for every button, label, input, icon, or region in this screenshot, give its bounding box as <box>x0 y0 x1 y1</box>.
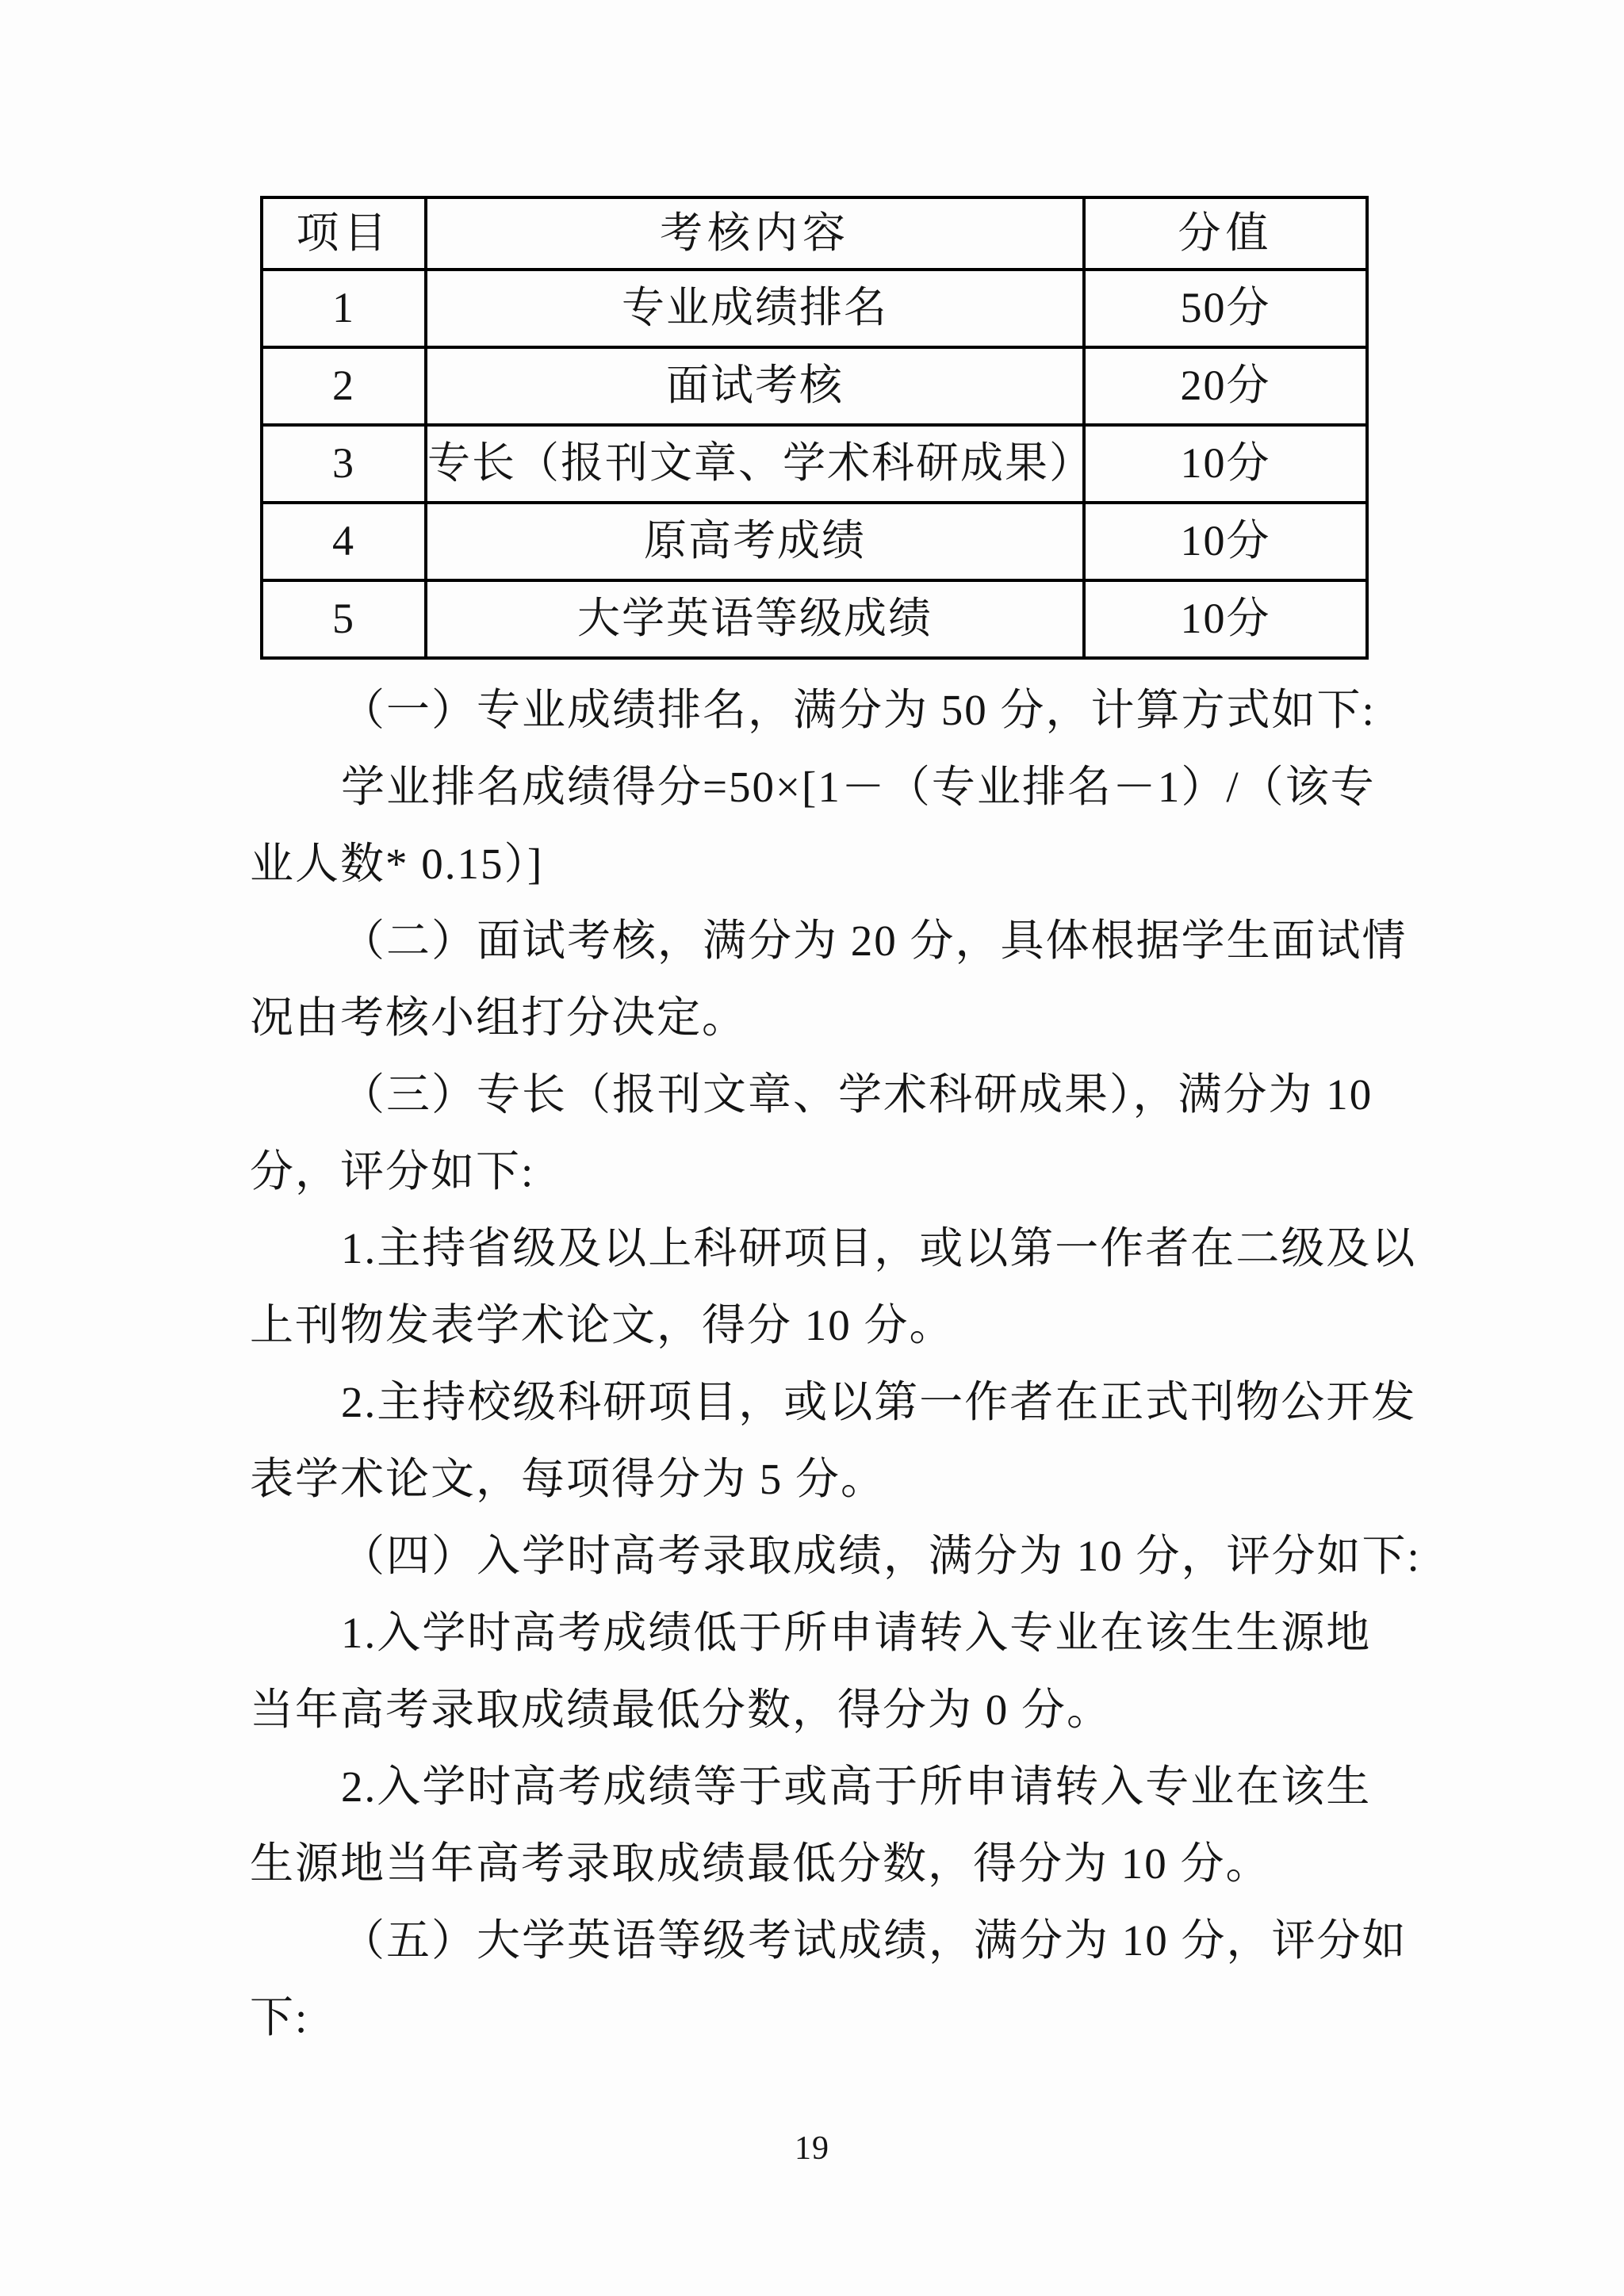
text-line: 2.主持校级科研项目，或以第一作者在正式刊物公开发 <box>250 1364 1387 1441</box>
body-text: （一）专业成绩排名，满分为 50 分，计算方式如下:学业排名成绩得分=50×[1… <box>250 672 1387 2056</box>
score-table-header: 项目考核内容分值 <box>262 197 1367 270</box>
document-page: 项目考核内容分值 1专业成绩排名50分2面试考核20分3专长（报刊文章、学术科研… <box>0 0 1624 2296</box>
score-table-header-cell: 分值 <box>1084 197 1367 270</box>
text-line: 下: <box>250 1979 1387 2056</box>
text-line: 生源地当年高考录取成绩最低分数，得分为 10 分。 <box>250 1825 1387 1902</box>
score-table-cell: 20分 <box>1084 347 1367 425</box>
score-table-body: 1专业成绩排名50分2面试考核20分3专长（报刊文章、学术科研成果）10分4原高… <box>262 270 1367 658</box>
text-line: （五）大学英语等级考试成绩，满分为 10 分，评分如 <box>250 1902 1387 1979</box>
text-line: 表学术论文，每项得分为 5 分。 <box>250 1441 1387 1517</box>
score-table-cell: 原高考成绩 <box>426 503 1084 580</box>
score-table-cell: 5 <box>262 580 426 658</box>
score-table-cell: 大学英语等级成绩 <box>426 580 1084 658</box>
text-line: 上刊物发表学术论文，得分 10 分。 <box>250 1287 1387 1364</box>
text-line: 学业排名成绩得分=50×[1－（专业排名－1）/（该专 <box>250 748 1387 825</box>
text-line: 当年高考录取成绩最低分数，得分为 0 分。 <box>250 1671 1387 1748</box>
score-table-cell: 2 <box>262 347 426 425</box>
score-table-header-cell: 项目 <box>262 197 426 270</box>
text-line: （二）面试考核，满分为 20 分，具体根据学生面试情 <box>250 902 1387 979</box>
score-table-cell: 3 <box>262 425 426 503</box>
score-table-row: 3专长（报刊文章、学术科研成果）10分 <box>262 425 1367 503</box>
text-line: 1.入学时高考成绩低于所申请转入专业在该生生源地 <box>250 1594 1387 1671</box>
score-table-cell: 10分 <box>1084 503 1367 580</box>
score-table-cell: 面试考核 <box>426 347 1084 425</box>
score-table-row: 2面试考核20分 <box>262 347 1367 425</box>
text-line: （三）专长（报刊文章、学术科研成果），满分为 10 <box>250 1056 1387 1133</box>
score-table-cell: 10分 <box>1084 425 1367 503</box>
text-line: 况由考核小组打分决定。 <box>250 979 1387 1056</box>
text-line: 分，评分如下: <box>250 1133 1387 1210</box>
score-table-row: 1专业成绩排名50分 <box>262 270 1367 347</box>
text-line: （四）入学时高考录取成绩，满分为 10 分，评分如下: <box>250 1517 1387 1594</box>
page-number: 19 <box>0 2130 1624 2168</box>
score-table-row: 5大学英语等级成绩10分 <box>262 580 1367 658</box>
text-line: 业人数* 0.15）] <box>250 825 1387 902</box>
score-table-cell: 专业成绩排名 <box>426 270 1084 347</box>
score-table-header-cell: 考核内容 <box>426 197 1084 270</box>
score-table-cell: 10分 <box>1084 580 1367 658</box>
text-line: （一）专业成绩排名，满分为 50 分，计算方式如下: <box>250 672 1387 748</box>
score-table-cell: 1 <box>262 270 426 347</box>
score-table-row: 4原高考成绩10分 <box>262 503 1367 580</box>
score-table-header-row: 项目考核内容分值 <box>262 197 1367 270</box>
text-line: 2.入学时高考成绩等于或高于所申请转入专业在该生 <box>250 1748 1387 1825</box>
text-line: 1.主持省级及以上科研项目，或以第一作者在二级及以 <box>250 1210 1387 1287</box>
score-table-cell: 专长（报刊文章、学术科研成果） <box>426 425 1084 503</box>
score-table-cell: 50分 <box>1084 270 1367 347</box>
score-table-cell: 4 <box>262 503 426 580</box>
score-table: 项目考核内容分值 1专业成绩排名50分2面试考核20分3专长（报刊文章、学术科研… <box>260 196 1369 660</box>
